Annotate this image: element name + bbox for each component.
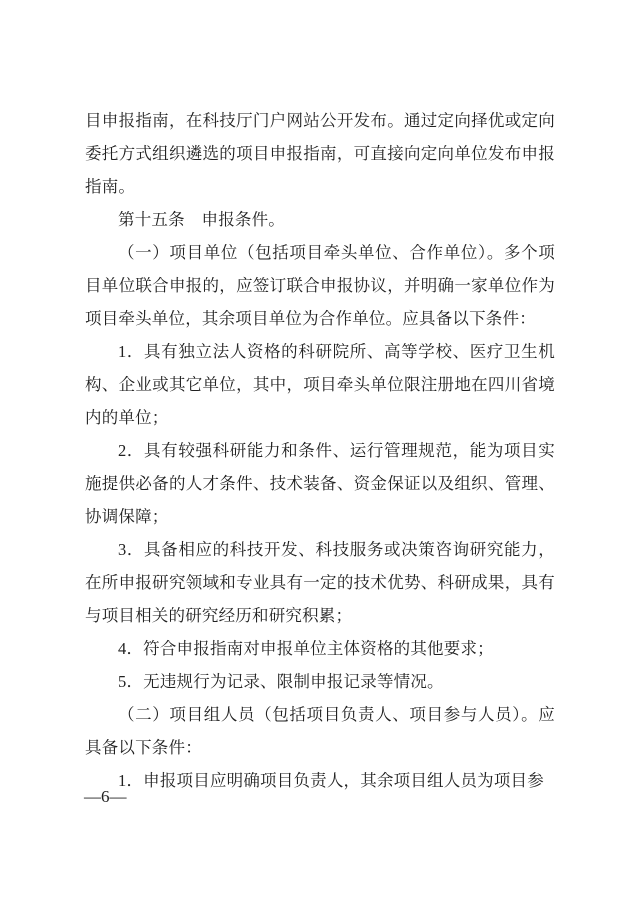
document-page: 目申报指南，在科技厅门户网站公开发布。通过定向择优或定向委托方式组织遴选的项目申…	[0, 0, 636, 900]
condition-item-1: 1．具有独立法人资格的科研院所、高等学校、医疗卫生机构、企业或其它单位，其中，项…	[85, 335, 555, 434]
document-text-block: 目申报指南，在科技厅门户网站公开发布。通过定向择优或定向委托方式组织遴选的项目申…	[85, 104, 555, 797]
paragraph-continuation: 目申报指南，在科技厅门户网站公开发布。通过定向择优或定向委托方式组织遴选的项目申…	[85, 104, 555, 203]
condition-item-2: 2．具有较强科研能力和条件、运行管理规范，能为项目实施提供必备的人才条件、技术装…	[85, 434, 555, 533]
condition-item-4: 4．符合申报指南对申报单位主体资格的其他要求；	[85, 632, 555, 665]
section-2-project-team: （二）项目组人员（包括项目负责人、项目参与人员）。应具备以下条件：	[85, 698, 555, 764]
page-number: —6—	[84, 786, 127, 808]
team-condition-item-1: 1．申报项目应明确项目负责人，其余项目组人员为项目参	[85, 764, 555, 797]
article-15-heading: 第十五条 申报条件。	[85, 203, 555, 236]
condition-item-3: 3．具备相应的科技开发、科技服务或决策咨询研究能力，在所申报研究领域和专业具有一…	[85, 533, 555, 632]
section-1-project-units: （一）项目单位（包括项目牵头单位、合作单位）。多个项目单位联合申报的，应签订联合…	[85, 236, 555, 335]
condition-item-5: 5．无违规行为记录、限制申报记录等情况。	[85, 665, 555, 698]
